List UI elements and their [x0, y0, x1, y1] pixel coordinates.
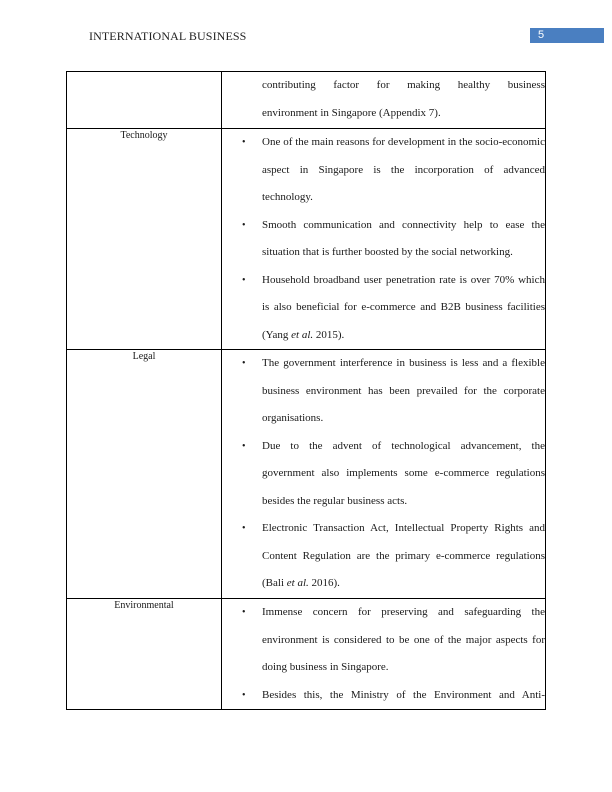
pest-analysis-table: contributing factor for making healthy b… — [66, 71, 546, 710]
page-number-badge: 5 — [530, 28, 604, 43]
bullet-icon: • — [242, 433, 246, 461]
details-cell: • One of the main reasons for developmen… — [222, 129, 546, 350]
table-row: contributing factor for making healthy b… — [67, 72, 546, 129]
citation-italic: et al. — [291, 329, 313, 341]
list-item: • Due to the advent of technological adv… — [222, 433, 545, 516]
bullet-list: • The government interference in busines… — [222, 350, 545, 598]
details-cell: contributing factor for making healthy b… — [222, 72, 546, 129]
table-row: Technology • One of the main reasons for… — [67, 129, 546, 350]
continuation-line: contributing factor for making healthy b… — [222, 72, 545, 100]
details-cell: • Immense concern for preserving and saf… — [222, 599, 546, 710]
bullet-list: • One of the main reasons for developmen… — [222, 129, 545, 349]
list-item: • Smooth communication and connectivity … — [222, 212, 545, 267]
table-row: Environmental • Immense concern for pres… — [67, 599, 546, 710]
details-cell: • The government interference in busines… — [222, 350, 546, 599]
bullet-icon: • — [242, 267, 246, 295]
bullet-icon: • — [242, 515, 246, 543]
list-item-text: Smooth communication and connectivity he… — [262, 219, 545, 259]
list-item: • Household broadband user penetration r… — [222, 267, 545, 350]
list-item: • Electronic Transaction Act, Intellectu… — [222, 515, 545, 598]
list-item-text: Besides this, the Ministry of the Enviro… — [262, 689, 545, 701]
continuation-line: environment in Singapore (Appendix 7). — [222, 100, 545, 128]
bullet-list: • Immense concern for preserving and saf… — [222, 599, 545, 709]
page-number: 5 — [538, 28, 544, 43]
list-item: • One of the main reasons for developmen… — [222, 129, 545, 212]
bullet-icon: • — [242, 682, 246, 710]
bullet-icon: • — [242, 212, 246, 240]
running-header-title: INTERNATIONAL BUSINESS — [89, 29, 246, 44]
bullet-icon: • — [242, 129, 246, 157]
table-row: Legal • The government interference in b… — [67, 350, 546, 599]
list-item-text: 2016). — [309, 577, 340, 589]
list-item: • Immense concern for preserving and saf… — [222, 599, 545, 682]
list-item-text: Due to the advent of technological advan… — [262, 440, 545, 507]
factor-cell — [67, 72, 222, 129]
factor-cell-technology: Technology — [67, 129, 222, 350]
citation-italic: et al. — [287, 577, 309, 589]
factor-cell-environmental: Environmental — [67, 599, 222, 710]
factor-cell-legal: Legal — [67, 350, 222, 599]
list-item-text: The government interference in business … — [262, 357, 545, 424]
list-item-text: One of the main reasons for development … — [262, 136, 545, 203]
list-item-text: 2015). — [313, 329, 344, 341]
list-item-text: Immense concern for preserving and safeg… — [262, 606, 545, 673]
list-item: • The government interference in busines… — [222, 350, 545, 433]
bullet-icon: • — [242, 350, 246, 378]
bullet-icon: • — [242, 599, 246, 627]
list-item: • Besides this, the Ministry of the Envi… — [222, 682, 545, 710]
